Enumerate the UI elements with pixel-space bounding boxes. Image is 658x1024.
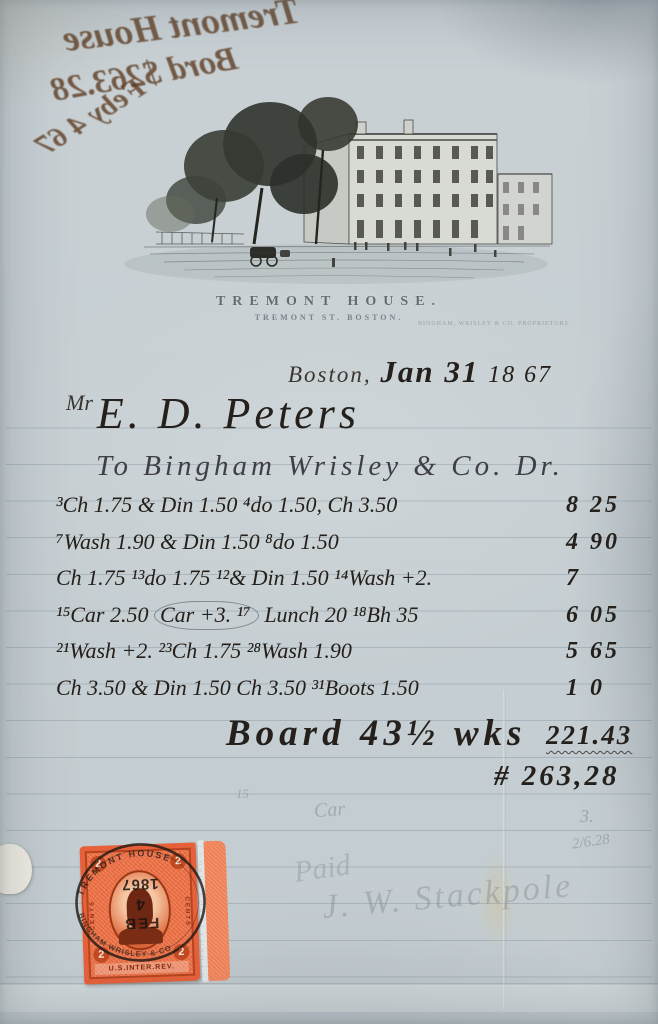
board-line-label: Board 43½ wks xyxy=(226,712,526,755)
pencil-note-15: 15 xyxy=(236,786,249,802)
charge-amount: 8 25 xyxy=(566,492,644,519)
charge-description: ²¹Wash +2. ²³Ch 1.75 ²⁸Wash 1.90 xyxy=(56,638,352,664)
dateline-date: Jan 31 xyxy=(380,354,479,389)
charge-row: ¹⁵Car 2.50 Car +3. ¹⁷ Lunch 20 ¹⁸Bh 35 6… xyxy=(56,602,644,639)
charge-part-post: Lunch 20 ¹⁸Bh 35 xyxy=(259,602,419,627)
charge-description: ³Ch 1.75 & Din 1.50 ⁴do 1.50, Ch 3.50 xyxy=(56,492,397,518)
charge-description: Ch 1.75 ¹³do 1.75 ¹²& Din 1.50 ¹⁴Wash +2… xyxy=(56,565,432,591)
charge-row: ⁷Wash 1.90 & Din 1.50 ⁸do 1.50 4 90 xyxy=(56,529,644,566)
engraving-credit: BINGHAM, WRISLEY & CO. PROPRIETORS. xyxy=(418,321,571,327)
scanned-hotel-bill: Tremont House Bord $263.28 Feby 4 67 xyxy=(0,0,658,1024)
cancel-date-year: 1867 xyxy=(121,875,159,893)
pencil-note-car: Car xyxy=(313,798,346,823)
charge-amount: 4 90 xyxy=(566,529,644,556)
charge-row: ²¹Wash +2. ²³Ch 1.75 ²⁸Wash 1.90 5 65 xyxy=(56,638,644,675)
charge-part-circled: Car +3. ¹⁷ xyxy=(154,601,259,630)
addressee-name: E. D. Peters xyxy=(97,389,360,438)
charge-row: Ch 3.50 & Din 1.50 Ch 3.50 ³¹Boots 1.50 … xyxy=(56,675,644,712)
addressee: Mr E. D. Peters xyxy=(66,388,360,439)
charge-description: Ch 3.50 & Din 1.50 Ch 3.50 ³¹Boots 1.50 xyxy=(56,675,419,701)
total-amount: # 263,28 xyxy=(494,760,620,793)
revenue-stamp: 2 2 2 2 CENTS CENTS U.S.INTER.REV. TREMO… xyxy=(65,837,240,993)
charge-part-pre: ¹⁵Car 2.50 xyxy=(56,602,154,627)
board-line-amount: 221.43 xyxy=(546,720,632,751)
dateline-year: 18 67 xyxy=(488,362,552,388)
charge-description: ¹⁵Car 2.50 Car +3. ¹⁷ Lunch 20 ¹⁸Bh 35 xyxy=(56,602,419,628)
engraving-caption: TREMONT HOUSE. xyxy=(129,294,529,310)
charges-list: ³Ch 1.75 & Din 1.50 ⁴do 1.50, Ch 3.50 8 … xyxy=(56,492,644,711)
billing-line: To Bingham Wrisley & Co. Dr. xyxy=(96,450,564,483)
charge-row: Ch 1.75 ¹³do 1.75 ¹²& Din 1.50 ¹⁴Wash +2… xyxy=(56,565,644,602)
pencil-note-3: 3. xyxy=(580,806,594,827)
dateline-city: Boston, xyxy=(288,362,372,387)
charge-amount: 7 xyxy=(566,565,644,592)
cancellation-mark: TREMONT HOUSE BINGHAM WRISLEY & CO FEB 4… xyxy=(51,835,230,975)
charge-amount: 5 65 xyxy=(566,638,644,665)
tremont-house-engraving xyxy=(104,92,556,288)
charge-amount: 1 0 xyxy=(566,675,644,702)
cancel-date-month: FEB xyxy=(123,914,160,932)
engraving-fence xyxy=(156,232,244,244)
charge-amount: 6 05 xyxy=(566,602,644,629)
charge-description: ⁷Wash 1.90 & Din 1.50 ⁸do 1.50 xyxy=(56,529,339,555)
addressee-prefix: Mr xyxy=(66,390,93,415)
charge-row: ³Ch 1.75 & Din 1.50 ⁴do 1.50, Ch 3.50 8 … xyxy=(56,492,644,529)
engraving-haze xyxy=(124,244,548,284)
cancel-date-day: 4 xyxy=(136,895,146,912)
dateline: Boston, Jan 31 18 67 xyxy=(288,354,552,390)
